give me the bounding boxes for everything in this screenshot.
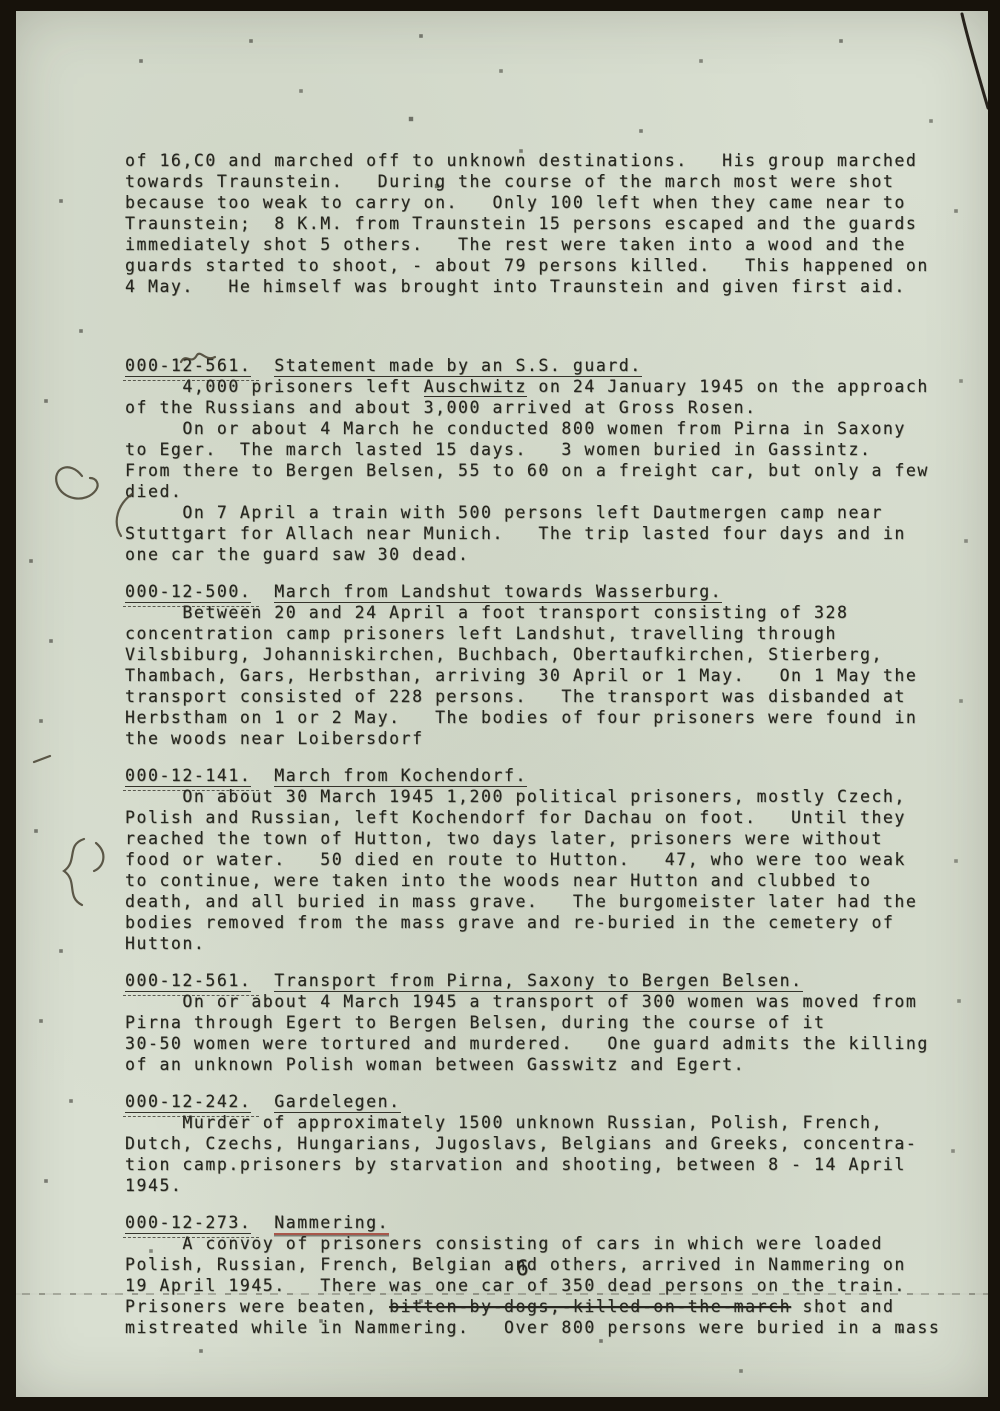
paragraph: Murder of approximately 1500 unknown Rus… xyxy=(125,1112,975,1196)
text-line: to continue, were taken into the woods n… xyxy=(125,870,975,891)
text-line: Herbstham on 1 or 2 May. The bodies of f… xyxy=(125,707,975,728)
text-line: Hutton. xyxy=(125,933,975,954)
section-title: Nammering. xyxy=(274,1212,389,1235)
typed-text-block: of 16,C0 and marched off to unknown dest… xyxy=(125,108,975,1380)
section-id: 000-12-273. xyxy=(125,1212,251,1234)
text-line: of the Russians and about 3,000 arrived … xyxy=(125,397,975,418)
text-line: 30-50 women were tortured and murdered. … xyxy=(125,1033,975,1054)
paragraph: Between 20 and 24 April a foot transport… xyxy=(125,602,975,749)
section-title: Gardelegen. xyxy=(274,1091,400,1113)
text-line: Polish, Russian, French, Belgian and oth… xyxy=(125,1254,975,1275)
section-id: 000-12-561. xyxy=(125,970,251,992)
scan-border-bottom xyxy=(0,1397,1000,1411)
handwritten-margin-brace xyxy=(32,833,122,913)
section-title: Transport from Pirna, Saxony to Bergen B… xyxy=(274,970,802,992)
text-line: food or water. 50 died en route to Hutto… xyxy=(125,849,975,870)
struck-through-text: bitten-by-dogs,-killed-on-the-march xyxy=(389,1297,791,1316)
section-heading: 000-12-273. Nammering. xyxy=(125,1212,975,1233)
scan-border-top xyxy=(0,0,1000,11)
scan-border-right xyxy=(988,0,1000,1411)
text-line: 1945. xyxy=(125,1175,975,1196)
document-section: 000-12-141. March from Kochendorf. On ab… xyxy=(125,765,975,954)
text-line: Dutch, Czechs, Hungarians, Jugoslavs, Be… xyxy=(125,1133,975,1154)
text-line: From there to Bergen Belsen, 55 to 60 on… xyxy=(125,460,975,481)
text-line: guards started to shoot, - about 79 pers… xyxy=(125,255,975,276)
text-line: because too weak to carry on. Only 100 l… xyxy=(125,192,975,213)
text-line: of 16,C0 and marched off to unknown dest… xyxy=(125,150,975,171)
section-title: March from Landshut towards Wasserburg. xyxy=(274,581,722,603)
section-heading: 000-12-561. Statement made by an S.S. gu… xyxy=(125,355,975,376)
scanned-document-page: of 16,C0 and marched off to unknown dest… xyxy=(0,0,1000,1411)
section-heading: 000-12-561. Transport from Pirna, Saxony… xyxy=(125,970,975,991)
section-id: 000-12-500. xyxy=(125,581,251,603)
eger-annotation-mark xyxy=(178,348,222,370)
sections-container: 000-12-561. Statement made by an S.S. gu… xyxy=(125,355,975,1338)
text-line: died. xyxy=(125,481,975,502)
section-title: March from Kochendorf. xyxy=(274,765,527,787)
section-heading: 000-12-500. March from Landshut towards … xyxy=(125,581,975,602)
text-line: tion camp.prisoners by starvation and sh… xyxy=(125,1154,975,1175)
text-line: On 7 April a train with 500 persons left… xyxy=(125,502,975,523)
text-line: the woods near Loibersdorf xyxy=(125,728,975,749)
section-title: Statement made by an S.S. guard. xyxy=(274,355,641,377)
document-section: 000-12-561. Transport from Pirna, Saxony… xyxy=(125,970,975,1075)
fold-crease xyxy=(8,1293,992,1295)
text-line: one car the guard saw 30 dead. xyxy=(125,544,975,565)
section-id: 000-12-242. xyxy=(125,1091,251,1113)
text-line: concentration camp prisoners left Landsh… xyxy=(125,623,975,644)
intro-paragraph: of 16,C0 and marched off to unknown dest… xyxy=(125,150,975,297)
paragraph: A convoy of prisoners consisting of cars… xyxy=(125,1233,975,1338)
document-section: 000-12-561. Statement made by an S.S. gu… xyxy=(125,355,975,565)
text-line: 4 May. He himself was brought into Traun… xyxy=(125,276,975,297)
document-section: 000-12-500. March from Landshut towards … xyxy=(125,581,975,749)
text-line: to Eger. The march lasted 15 days. 3 wom… xyxy=(125,439,975,460)
document-section: 000-12-242. Gardelegen. Murder of approx… xyxy=(125,1091,975,1196)
text-line: towards Traunstein. During the course of… xyxy=(125,171,975,192)
text-line: reached the town of Hutton, two days lat… xyxy=(125,828,975,849)
section-heading: 000-12-141. March from Kochendorf. xyxy=(125,765,975,786)
text-line: Thambach, Gars, Herbsthan, arriving 30 A… xyxy=(125,665,975,686)
text-line: immediately shot 5 others. The rest were… xyxy=(125,234,975,255)
text-line: mistreated while in Nammering. Over 800 … xyxy=(125,1317,975,1338)
section-id: 000-12-141. xyxy=(125,765,251,787)
section-heading: 000-12-242. Gardelegen. xyxy=(125,1091,975,1112)
handwritten-margin-tick xyxy=(30,748,60,768)
text-line: Polish and Russian, left Kochendorf for … xyxy=(125,807,975,828)
document-section: 000-12-273. Nammering. A convoy of priso… xyxy=(125,1212,975,1338)
text-line: Vilsbiburg, Johanniskirchen, Buchbach, O… xyxy=(125,644,975,665)
text-line: bodies removed from the mass grave and r… xyxy=(125,912,975,933)
handwritten-margin-mark xyxy=(48,452,168,542)
underlined-word: Auschwitz xyxy=(424,377,527,397)
text-line: death, and all buried in mass grave. The… xyxy=(125,891,975,912)
text-line: Traunstein; 8 K.M. from Traunstein 15 pe… xyxy=(125,213,975,234)
text-line: Prisoners were beaten, bitten-by-dogs,-k… xyxy=(125,1296,975,1317)
text-line: On or about 4 March he conducted 800 wom… xyxy=(125,418,975,439)
scan-border-left xyxy=(0,0,16,1411)
text-line: transport consisted of 228 persons. The … xyxy=(125,686,975,707)
paragraph: On or about 4 March he conducted 800 wom… xyxy=(125,418,975,502)
paragraph: On 7 April a train with 500 persons left… xyxy=(125,502,975,565)
page-number: 6 xyxy=(516,1256,529,1280)
paragraph: 4,000 prisoners left Auschwitz on 24 Jan… xyxy=(125,376,975,418)
text-line: of an unknown Polish woman between Gassw… xyxy=(125,1054,975,1075)
text-line: Stuttgart for Allach near Munich. The tr… xyxy=(125,523,975,544)
text-line: Pirna through Egert to Bergen Belsen, du… xyxy=(125,1012,975,1033)
paragraph: On about 30 March 1945 1,200 political p… xyxy=(125,786,975,954)
paragraph: On or about 4 March 1945 a transport of … xyxy=(125,991,975,1075)
